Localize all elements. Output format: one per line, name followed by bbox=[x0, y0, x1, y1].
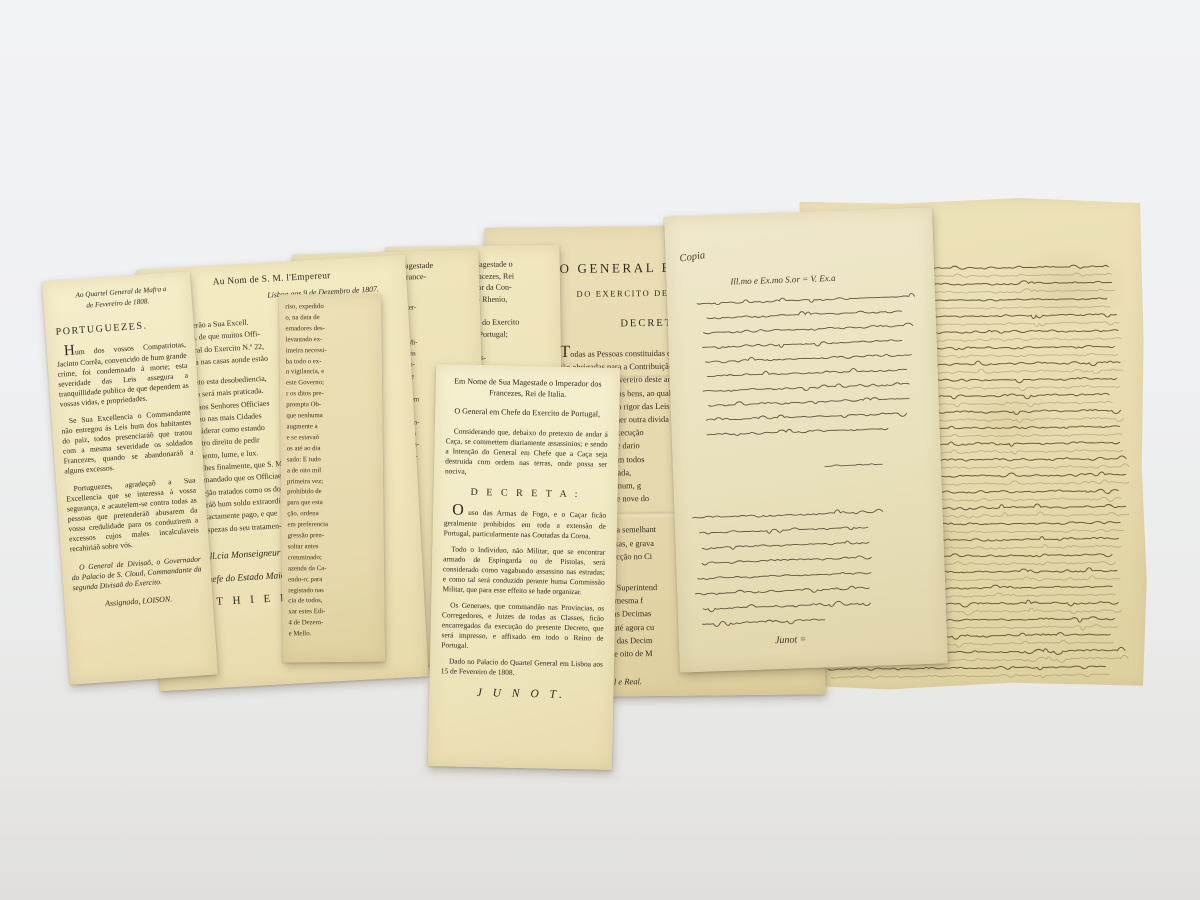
handwriting-strokes bbox=[690, 501, 898, 640]
closing-paragraph: O General de Divisaõ, o Governador do Pa… bbox=[71, 555, 203, 594]
dateline-paragraph: Dado no Palacio do Quartel General em Li… bbox=[441, 657, 603, 681]
paragraph: Se Sua Excellencia o Commandante não ent… bbox=[61, 408, 195, 477]
document-cut-strip-fragment: riso, expedidoo, na data deernadores des… bbox=[279, 293, 385, 662]
paragraph: O uso das Armas de Fogo, e o Caçar ficão… bbox=[444, 507, 607, 542]
handwriting-opening-line: Ill.mo e Ex.mo S.or = V. Ex.a bbox=[730, 273, 835, 287]
paragraph: Hum dos vossos Compatriotas, Jacinto Cor… bbox=[56, 339, 190, 409]
document-loison-proclamation: Ao Quartel General de Mafra a de Feverei… bbox=[42, 271, 218, 684]
signature: Assignado, LOISON. bbox=[73, 592, 203, 612]
paragraph: Os Generaes, que commandão nas Provincia… bbox=[441, 600, 604, 654]
header-line: Em Nome de Sua Magestade o Imperador dos… bbox=[447, 375, 609, 401]
subheader-line: O General em Chefe do Exercito de Portug… bbox=[446, 406, 608, 421]
body-fragment-lines: riso, expedidoo, na data deernadores des… bbox=[285, 302, 379, 641]
document-handwritten-copy-junot: Copia Ill.mo e Ex.mo S.or = V. Ex.a Juno… bbox=[664, 207, 948, 672]
signature: J U N O T. bbox=[440, 686, 602, 705]
paragraph: Portuguezes, agradeçaõ a Sua Excellencia… bbox=[65, 475, 200, 555]
document-junot-hunting-decree: Em Nome de Sua Magestade o Imperador dos… bbox=[428, 364, 620, 770]
photograph-of-historical-documents: { "colors":{"background":"#eff0f2","pape… bbox=[0, 0, 1200, 900]
paragraph: Todo o Individuo, não Militar, que se en… bbox=[442, 544, 605, 598]
doc-title: PORTUGUEZES. bbox=[55, 317, 185, 339]
copia-label: Copia bbox=[679, 250, 706, 264]
decreta-heading: D E C R E T A : bbox=[444, 485, 606, 502]
considerando-paragraph: Considerando que, debaixo do pretexto de… bbox=[445, 426, 608, 480]
handwriting-flourish bbox=[823, 453, 908, 478]
handwriting-signature: Junot = bbox=[775, 634, 807, 646]
handwriting-strokes bbox=[693, 286, 924, 446]
